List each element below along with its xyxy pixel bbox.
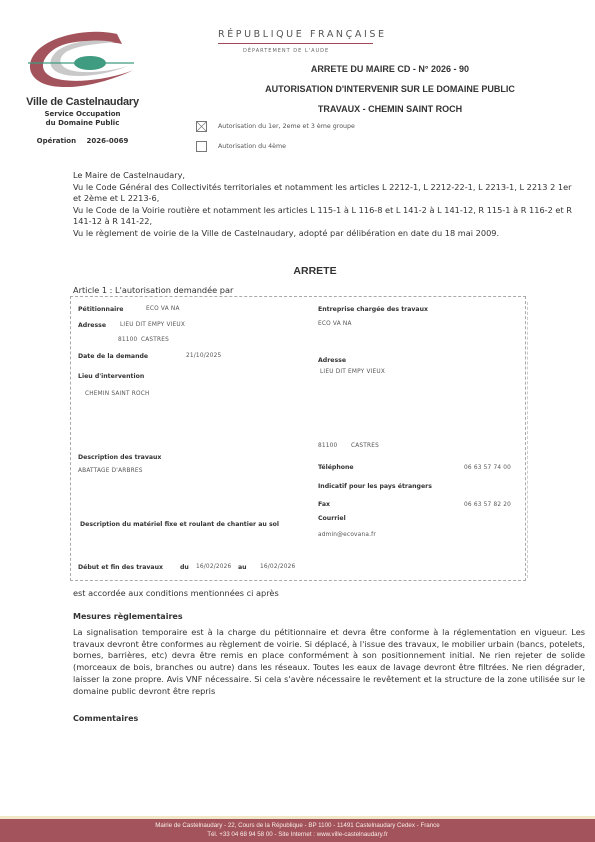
footer-contact: Tél. +33 04 68 94 58 00 - Site Internet … — [0, 831, 595, 838]
entreprise-adresse-label: Adresse — [318, 357, 346, 364]
petitionnaire-value: ECO VA NA — [146, 306, 180, 312]
fax-label: Fax — [318, 501, 330, 508]
fax-value: 06 63 57 82 20 — [464, 502, 511, 508]
date-debut-value: 16/02/2026 — [196, 564, 231, 570]
header-divider — [218, 43, 373, 44]
telephone-label: Téléphone — [318, 464, 354, 471]
arrete-heading: ARRETE — [250, 265, 380, 277]
du-label: du — [180, 564, 189, 571]
accord-conditions: est accordée aux conditions mentionnées … — [73, 588, 279, 598]
adresse-value: LIEU DIT EMPY VIEUX — [120, 322, 185, 328]
city-logo — [22, 30, 140, 88]
date-fin-value: 16/02/2026 — [260, 564, 295, 570]
considerant-cgct: Vu le Code Général des Collectivités ter… — [73, 182, 578, 205]
operation-label: Opération — [37, 137, 76, 145]
mesures-text: La signalisation temporaire est à la cha… — [73, 627, 585, 697]
considerant-reglement: Vu le règlement de voirie de la Ville de… — [73, 228, 578, 240]
lieu-intervention-value: CHEMIN SAINT ROCH — [85, 391, 150, 397]
description-travaux-label: Description des travaux — [78, 454, 161, 461]
considerants: Le Maire de Castelnaudary, Vu le Code Gé… — [73, 170, 578, 240]
telephone-value: 06 63 57 74 00 — [464, 465, 511, 471]
considerant-maire: Le Maire de Castelnaudary, — [73, 170, 578, 182]
ville-value: CASTRES — [141, 337, 169, 343]
article-1: Article 1 : L'autorisation demandée par — [73, 285, 233, 295]
operation-number: Opération 2026-0069 — [20, 137, 145, 145]
document-title: ARRETE DU MAIRE CD - N° 2026 - 90 — [200, 64, 580, 74]
courriel-label: Courriel — [318, 515, 346, 522]
document-subtitle: AUTORISATION D'INTERVENIR SUR LE DOMAINE… — [200, 84, 580, 94]
mesures-heading: Mesures règlementaires — [73, 612, 183, 621]
entreprise-ville: CASTRES — [351, 443, 379, 449]
code-postal-value: 81100 — [118, 337, 137, 343]
castelnaudary-logo-icon — [22, 30, 140, 88]
travaux-title: TRAVAUX - CHEMIN SAINT ROCH — [200, 104, 580, 114]
considerant-voirie: Vu le Code de la Voirie routière et nota… — [73, 205, 578, 228]
petitionnaire-label: Pétitionnaire — [78, 306, 124, 313]
checkbox-groupe-4[interactable] — [196, 141, 207, 152]
entreprise-value: ECO VA NA — [318, 321, 352, 327]
debut-fin-label: Début et fin des travaux — [78, 564, 163, 571]
service-name: Service Occupation du Domaine Public — [20, 110, 145, 128]
commentaires-heading: Commentaires — [73, 714, 138, 723]
date-demande-value: 21/10/2025 — [186, 353, 221, 359]
checked-x-icon — [197, 122, 206, 131]
date-demande-label: Date de la demande — [78, 353, 148, 360]
checkbox-groupe-1-2-3[interactable] — [196, 121, 207, 132]
city-name: Ville de Castelnaudary — [20, 96, 145, 108]
checkbox-label-groupe-1-2-3: Autorisation du 1er, 2eme et 3 ème group… — [218, 123, 355, 130]
republique-francaise: RÉPUBLIQUE FRANÇAISE — [218, 29, 387, 40]
materiel-label: Description du matériel fixe et roulant … — [80, 521, 279, 528]
entreprise-label: Entreprise chargée des travaux — [318, 306, 428, 313]
adresse-label: Adresse — [78, 322, 106, 329]
au-label: au — [238, 564, 247, 571]
service-line-1: Service Occupation — [20, 110, 145, 119]
courriel-value[interactable]: admin@ecovana.fr — [318, 532, 376, 538]
description-travaux-value: ABATTAGE D'ARBRES — [78, 468, 143, 474]
lieu-intervention-label: Lieu d'intervention — [78, 373, 144, 380]
service-line-2: du Domaine Public — [20, 119, 145, 128]
checkbox-label-groupe-4: Autorisation du 4ème — [218, 143, 286, 150]
footer-address: Mairie de Castelnaudary - 22, Cours de l… — [0, 822, 595, 829]
operation-value: 2026-0069 — [87, 137, 129, 145]
indicatif-label: Indicatif pour les pays étrangers — [318, 483, 432, 490]
departement: DÉPARTEMENT DE L'AUDE — [243, 48, 329, 54]
entreprise-code-postal: 81100 — [318, 443, 337, 449]
entreprise-adresse-value: LIEU DIT EMPY VIEUX — [320, 369, 385, 375]
